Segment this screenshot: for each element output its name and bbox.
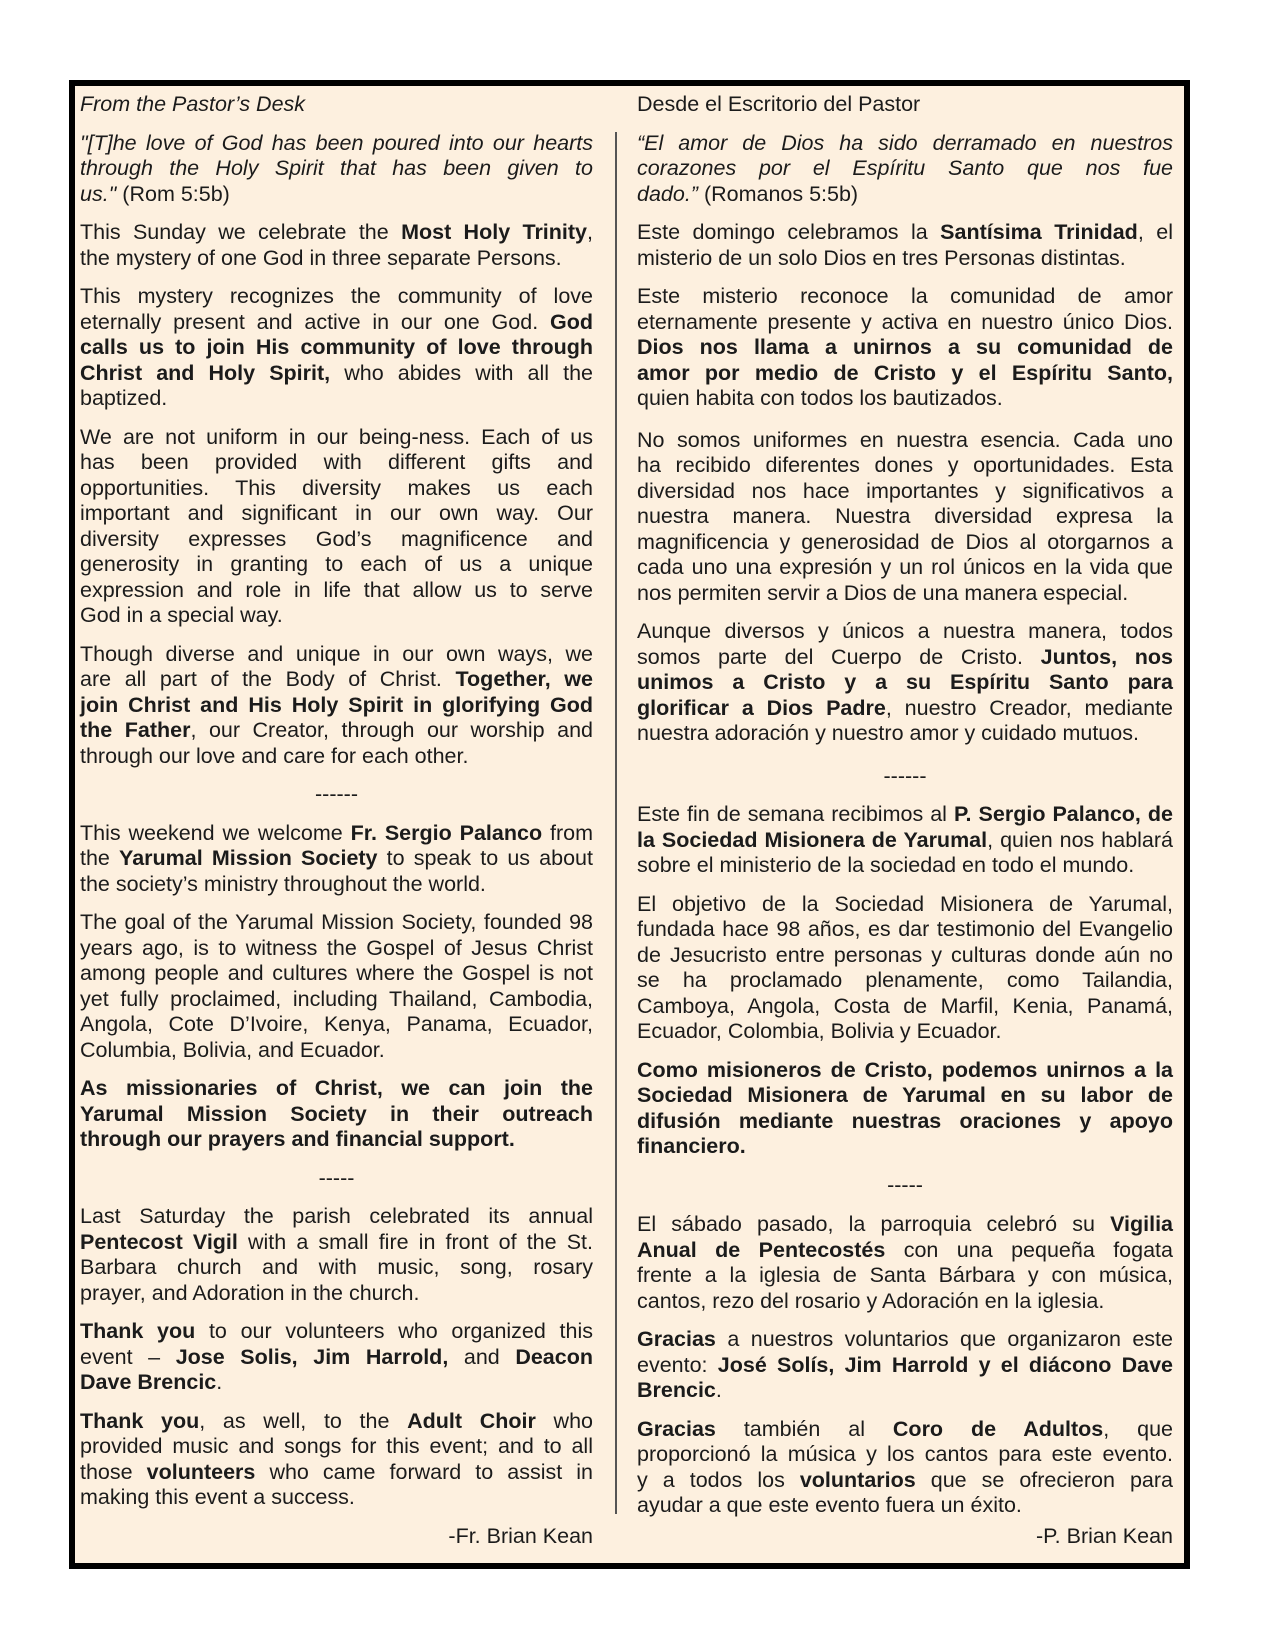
text-line: Barbara church and with music, song, ros… [80, 1255, 593, 1281]
italic-text: through the Holy Spirit that has been gi… [80, 156, 593, 180]
bold-text: Juntos, nos [1041, 645, 1173, 669]
text-line: Este domingo celebramos la Santísima Tri… [637, 220, 1173, 246]
text-line: This weekend we welcome Fr. Sergio Palan… [80, 821, 593, 847]
text-line: Brencic. [637, 1378, 1173, 1404]
text-line: Last Saturday the parish celebrated its … [80, 1204, 593, 1230]
text-line: financiero. [637, 1134, 1173, 1160]
text-line: important and significant in our own way… [80, 501, 593, 527]
paragraph-list: "[T]he love of God has been poured into … [80, 131, 593, 1511]
text-line: through our prayers and financial suppor… [80, 1127, 593, 1153]
paragraph: Aunque diversos y únicos a nuestra maner… [637, 619, 1173, 747]
text-line: Anual de Pentecostés con una pequeña fog… [637, 1238, 1173, 1264]
text-line: cada uno una expresión y un rol únicos e… [637, 555, 1173, 581]
text-line: de Jesucristo entre personas y culturas … [637, 943, 1173, 969]
bold-text: unimos a Cristo y a su Espíritu Santo pa… [637, 670, 1173, 694]
bold-text: join Christ and His Holy Spirit in glori… [80, 693, 593, 717]
paragraph: Last Saturday the parish celebrated its … [80, 1204, 593, 1306]
text-line: Aunque diversos y únicos a nuestra maner… [637, 619, 1173, 645]
paragraph: Gracias también al Coro de Adultos, quep… [637, 1417, 1173, 1519]
paragraph: This weekend we welcome Fr. Sergio Palan… [80, 821, 593, 898]
bold-text: Coro de Adultos [893, 1417, 1103, 1441]
section-separator: ------ [637, 764, 1173, 790]
text-line: God in a special way. [80, 603, 593, 629]
bold-text: Thank you [80, 1319, 195, 1343]
text-line: Como misioneros de Cristo, podemos unirn… [637, 1058, 1173, 1084]
text-line: expression and role in life that allow u… [80, 578, 593, 604]
bold-text: As missionaries of Christ, we can join t… [80, 1076, 593, 1100]
bold-text: Yarumal Mission Society [119, 846, 377, 870]
signature: -P. Brian Kean [1036, 1524, 1173, 1550]
text-line: Thank you, as well, to the Adult Choir w… [80, 1409, 593, 1435]
text-line: provided music and songs for this event;… [80, 1434, 593, 1460]
column-heading: From the Pastor’s Desk [80, 92, 593, 118]
text-line: difusión mediante nuestras oraciones y a… [637, 1109, 1173, 1135]
bold-text: God [550, 310, 593, 334]
text-line: eternally present and active in our one … [80, 310, 593, 336]
text-line: "[T]he love of God has been poured into … [80, 131, 593, 157]
text-line: somos parte del Cuerpo de Cristo. Juntos… [637, 645, 1173, 671]
section-separator: ----- [80, 1166, 593, 1192]
paragraph: “El amor de Dios ha sido derramado en nu… [637, 131, 1173, 208]
italic-text: dado.” [637, 182, 698, 206]
text-line: misterio de un solo Dios en tres Persona… [637, 246, 1173, 272]
paragraph: "[T]he love of God has been poured into … [80, 131, 593, 208]
text-line: has been provided with different gifts a… [80, 450, 593, 476]
section-separator: ------ [80, 782, 593, 808]
text-line: the mystery of one God in three separate… [80, 246, 593, 272]
text-line: us." (Rom 5:5b) [80, 182, 593, 208]
text-line: fundada hace 98 años, es dar testimonio … [637, 917, 1173, 943]
text-line: This mystery recognizes the community of… [80, 284, 593, 310]
bold-text: financiero. [637, 1134, 746, 1158]
italic-text: us." [80, 182, 116, 206]
paragraph: Though diverse and unique in our own way… [80, 642, 593, 770]
text-line: Sociedad Misionera de Yarumal en su labo… [637, 1083, 1173, 1109]
text-line: Thank you to our volunteers who organize… [80, 1319, 593, 1345]
paragraph: Thank you, as well, to the Adult Choir w… [80, 1409, 593, 1511]
text-line: event – Jose Solis, Jim Harrold, and Dea… [80, 1345, 593, 1371]
text-line: are all part of the Body of Christ. Toge… [80, 667, 593, 693]
text-line: This Sunday we celebrate the Most Holy T… [80, 220, 593, 246]
signature: -Fr. Brian Kean [448, 1524, 593, 1550]
bold-text: through our prayers and financial suppor… [80, 1127, 515, 1151]
text-line: dado.” (Romanos 5:5b) [637, 182, 1173, 208]
paragraph: Gracias a nuestros voluntarios que organ… [637, 1327, 1173, 1404]
text-line: We are not uniform in our being-ness. Ea… [80, 425, 593, 451]
bold-text: Thank you [80, 1409, 199, 1433]
italic-text: "[T]he love of God has been poured into … [80, 131, 593, 155]
text-line: baptized. [80, 386, 593, 412]
text-line: join Christ and His Holy Spirit in glori… [80, 693, 593, 719]
text-line: amor por medio de Cristo y el Espíritu S… [637, 361, 1173, 387]
text-line: El objetivo de la Sociedad Misionera de … [637, 892, 1173, 918]
bold-text: voluntarios [800, 1468, 916, 1492]
text-line: Dios nos llama a unirnos a su comunidad … [637, 335, 1173, 361]
text-line: Dave Brencic. [80, 1370, 593, 1396]
bold-text: the Father [80, 718, 190, 742]
paragraph-list: “El amor de Dios ha sido derramado en nu… [637, 131, 1173, 1519]
italic-text: “El amor de Dios ha sido derramado en nu… [637, 131, 1173, 155]
text-line: evento: José Solís, Jim Harrold y el diá… [637, 1353, 1173, 1379]
bold-text: difusión mediante nuestras oraciones y a… [637, 1109, 1173, 1133]
text-line: yet fully proclaimed, including Thailand… [80, 987, 593, 1013]
paragraph: This Sunday we celebrate the Most Holy T… [80, 220, 593, 271]
text-line: The goal of the Yarumal Mission Society,… [80, 910, 593, 936]
pastor-letter-panel: From the Pastor’s Desk "[T]he love of Go… [69, 80, 1190, 1569]
bold-text: José Solís, Jim Harrold y el diácono Dav… [718, 1353, 1173, 1377]
bold-text: Santísima Trinidad [940, 220, 1138, 244]
text-line: sobre el ministerio de la sociedad en to… [637, 853, 1173, 879]
bold-text: Gracias [637, 1417, 716, 1441]
paragraph: Como misioneros de Cristo, podemos unirn… [637, 1058, 1173, 1160]
paragraph: This mystery recognizes the community of… [80, 284, 593, 412]
italic-text: From the Pastor’s Desk [80, 92, 305, 116]
text-line: glorificar a Dios Padre, nuestro Creador… [637, 696, 1173, 722]
bold-text: Together, we [456, 667, 593, 691]
bold-text: Sociedad Misionera de Yarumal en su labo… [637, 1083, 1173, 1107]
text-line: opportunities. This diversity makes us e… [80, 476, 593, 502]
text-line: Este misterio reconoce la comunidad de a… [637, 284, 1173, 310]
text-line: Columbia, Bolivia, and Ecuador. [80, 1038, 593, 1064]
paragraph: Este fin de semana recibimos al P. Sergi… [637, 802, 1173, 879]
text-line: those volunteers who came forward to ass… [80, 1460, 593, 1486]
text-line: proporcionó la música y los cantos para … [637, 1442, 1173, 1468]
text-line: Gracias a nuestros voluntarios que organ… [637, 1327, 1173, 1353]
bold-text: calls us to join His community of love t… [80, 335, 593, 359]
text-line: nuestra manera. Nuestra diversidad expre… [637, 504, 1173, 530]
bold-text: Deacon [515, 1345, 593, 1369]
bold-text: Yarumal Mission Society in their outreac… [80, 1102, 593, 1126]
text-line: Yarumal Mission Society in their outreac… [80, 1102, 593, 1128]
paragraph: The goal of the Yarumal Mission Society,… [80, 910, 593, 1063]
text-line: nos permiten servir a Dios de una manera… [637, 581, 1173, 607]
text-line: Camboya, Angola, Costa de Marfil, Kenia,… [637, 994, 1173, 1020]
bold-text: Christ and Holy Spirit, [80, 361, 330, 385]
bold-text: Dave Brencic [80, 1370, 216, 1394]
spanish-column: Desde el Escritorio del Pastor “El amor … [637, 92, 1173, 1552]
text-line: “El amor de Dios ha sido derramado en nu… [637, 131, 1173, 157]
bold-text: Anual de Pentecostés [637, 1238, 885, 1262]
text-line: the society’s ministry throughout the wo… [80, 872, 593, 898]
bold-text: Como misioneros de Cristo, podemos unirn… [637, 1058, 1173, 1082]
paragraph: As missionaries of Christ, we can join t… [80, 1076, 593, 1153]
bold-text: P. Sergio Palanco, de [954, 802, 1173, 826]
text-line: ayudar a que este evento fuera un éxito. [637, 1493, 1173, 1519]
text-line: se ha proclamado plenamente, como Tailan… [637, 968, 1173, 994]
bold-text: amor por medio de Cristo y el Espíritu S… [637, 361, 1173, 385]
bold-text: Pentecost Vigil [80, 1230, 238, 1254]
paragraph: Este misterio reconoce la comunidad de a… [637, 284, 1173, 412]
bold-text: volunteers [147, 1460, 256, 1484]
text-line: the Yarumal Mission Society to speak to … [80, 846, 593, 872]
text-line: the Father, our Creator, through our wor… [80, 718, 593, 744]
english-column: From the Pastor’s Desk "[T]he love of Go… [80, 92, 593, 1552]
text-line: diversidad nos hace importantes y signif… [637, 479, 1173, 505]
bold-text: Fr. Sergio Palanco [351, 821, 542, 845]
text-line: ha recibido diferentes dones y oportunid… [637, 453, 1173, 479]
bold-text: Vigilia [1110, 1212, 1173, 1236]
text-line: frente a la iglesia de Santa Bárbara y c… [637, 1263, 1173, 1289]
bold-text: Most Holy Trinity [401, 220, 587, 244]
text-line: quien habita con todos los bautizados. [637, 386, 1173, 412]
column-divider [615, 132, 617, 1514]
text-line: y a todos los voluntarios que se ofrecie… [637, 1468, 1173, 1494]
text-line: making this event a success. [80, 1485, 593, 1511]
bold-text: Dios nos llama a unirnos a su comunidad … [637, 335, 1173, 359]
column-heading: Desde el Escritorio del Pastor [637, 92, 1173, 118]
bold-text: glorificar a Dios Padre [637, 696, 886, 720]
text-line: through our love and care for each other… [80, 744, 593, 770]
bold-text: Jose Solis, Jim Harrold, [176, 1345, 449, 1369]
paragraph: El objetivo de la Sociedad Misionera de … [637, 892, 1173, 1045]
section-separator: ----- [637, 1173, 1173, 1199]
text-line: years ago, is to witness the Gospel of J… [80, 936, 593, 962]
text-line: Christ and Holy Spirit, who abides with … [80, 361, 593, 387]
text-line: Ecuador, Colombia, Bolivia y Ecuador. [637, 1019, 1173, 1045]
text-line: prayer, and Adoration in the church. [80, 1281, 593, 1307]
italic-text: corazones por el Espíritu Santo que nos … [637, 156, 1173, 180]
bold-text: la Sociedad Misionera de Yarumal [637, 828, 987, 852]
text-line: El sábado pasado, la parroquia celebró s… [637, 1212, 1173, 1238]
text-line: diversity expresses God’s magnificence a… [80, 527, 593, 553]
text-line: among people and cultures where the Gosp… [80, 961, 593, 987]
text-line: Gracias también al Coro de Adultos, que [637, 1417, 1173, 1443]
text-line: through the Holy Spirit that has been gi… [80, 156, 593, 182]
text-line: magnificencia y generosidad de Dios al o… [637, 530, 1173, 556]
text-line: No somos uniformes en nuestra esencia. C… [637, 428, 1173, 454]
paragraph: Thank you to our volunteers who organize… [80, 1319, 593, 1396]
text-line: Though diverse and unique in our own way… [80, 642, 593, 668]
text-line: generosity in granting to each of us a u… [80, 552, 593, 578]
text-line: Pentecost Vigil with a small fire in fro… [80, 1230, 593, 1256]
text-line: calls us to join His community of love t… [80, 335, 593, 361]
text-line: nuestra adoración y nuestro amor y cuida… [637, 721, 1173, 747]
paragraph: No somos uniformes en nuestra esencia. C… [637, 428, 1173, 607]
text-line: la Sociedad Misionera de Yarumal, quien … [637, 828, 1173, 854]
text-line: Este fin de semana recibimos al P. Sergi… [637, 802, 1173, 828]
paragraph: We are not uniform in our being-ness. Ea… [80, 425, 593, 629]
text-line: corazones por el Espíritu Santo que nos … [637, 156, 1173, 182]
text-line: cantos, rezo del rosario y Adoración en … [637, 1289, 1173, 1315]
text-line: As missionaries of Christ, we can join t… [80, 1076, 593, 1102]
text-line: Angola, Cote D’Ivoire, Kenya, Panama, Ec… [80, 1012, 593, 1038]
text-line: eternamente presente y activa en nuestro… [637, 310, 1173, 336]
bold-text: Adult Choir [407, 1409, 536, 1433]
paragraph: Este domingo celebramos la Santísima Tri… [637, 220, 1173, 271]
bold-text: Brencic [637, 1378, 716, 1402]
bold-text: Gracias [637, 1327, 716, 1351]
paragraph: El sábado pasado, la parroquia celebró s… [637, 1212, 1173, 1314]
text-line: unimos a Cristo y a su Espíritu Santo pa… [637, 670, 1173, 696]
